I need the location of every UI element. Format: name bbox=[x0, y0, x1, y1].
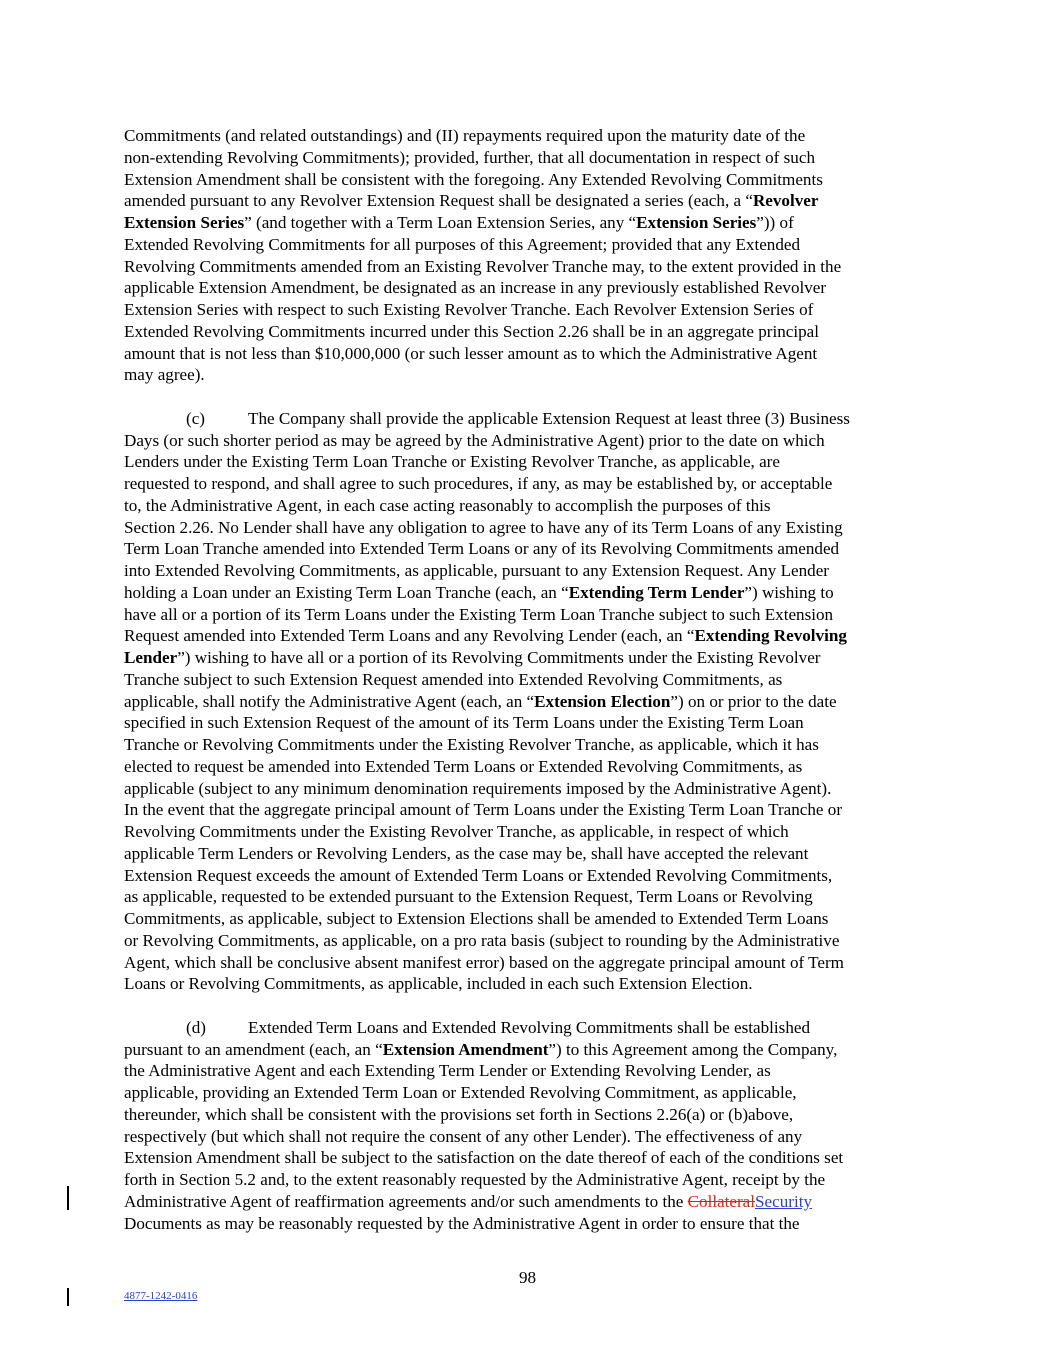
text-run: applicable, providing an Extended Term L… bbox=[124, 1083, 797, 1102]
text-line: into Extended Revolving Commitments, as … bbox=[124, 560, 936, 582]
text-run: Commitments, as applicable, subject to E… bbox=[124, 909, 828, 928]
text-line: Extension Request exceeds the amount of … bbox=[124, 865, 936, 887]
text-line: Extended Revolving Commitments for all p… bbox=[124, 234, 936, 256]
paragraph-continuation: Commitments (and related outstandings) a… bbox=[124, 125, 936, 386]
inserted-text: Security bbox=[755, 1192, 812, 1211]
text-line: to, the Administrative Agent, in each ca… bbox=[124, 495, 936, 517]
text-run: holding a Loan under an Existing Term Lo… bbox=[124, 583, 569, 602]
text-line: Term Loan Tranche amended into Extended … bbox=[124, 538, 936, 560]
text-line: Revolving Commitments under the Existing… bbox=[124, 821, 936, 843]
text-line: respectively (but which shall not requir… bbox=[124, 1126, 936, 1148]
text-run: Agent, which shall be conclusive absent … bbox=[124, 953, 844, 972]
defined-term: Extension Series bbox=[636, 213, 756, 232]
paragraph-section-d: (d)Extended Term Loans and Extended Revo… bbox=[124, 1017, 936, 1235]
text-line: thereunder, which shall be consistent wi… bbox=[124, 1104, 936, 1126]
text-line: elected to request be amended into Exten… bbox=[124, 756, 936, 778]
text-run: Extension Series with respect to such Ex… bbox=[124, 300, 813, 319]
text-line: Extended Revolving Commitments incurred … bbox=[124, 321, 936, 343]
text-line: as applicable, requested to be extended … bbox=[124, 886, 936, 908]
text-line: Extension Series” (and together with a T… bbox=[124, 212, 936, 234]
change-bar-footer bbox=[67, 1288, 69, 1306]
text-line: Tranche or Revolving Commitments under t… bbox=[124, 734, 936, 756]
text-line: In the event that the aggregate principa… bbox=[124, 799, 936, 821]
paragraph-section-c: (c)The Company shall provide the applica… bbox=[124, 408, 936, 995]
text-line: holding a Loan under an Existing Term Lo… bbox=[124, 582, 936, 604]
text-line: Revolving Commitments amended from an Ex… bbox=[124, 256, 936, 278]
text-line: Days (or such shorter period as may be a… bbox=[124, 430, 936, 452]
text-line: Commitments (and related outstandings) a… bbox=[124, 125, 936, 147]
text-run: requested to respond, and shall agree to… bbox=[124, 474, 832, 493]
text-run: forth in Section 5.2 and, to the extent … bbox=[124, 1170, 825, 1189]
text-line: amended pursuant to any Revolver Extensi… bbox=[124, 190, 936, 212]
text-line: (d)Extended Term Loans and Extended Revo… bbox=[124, 1017, 936, 1039]
text-run: ”) wishing to bbox=[744, 583, 833, 602]
text-line: applicable, providing an Extended Term L… bbox=[124, 1082, 936, 1104]
text-line: Extension Amendment shall be consistent … bbox=[124, 169, 936, 191]
text-run: Extension Amendment shall be consistent … bbox=[124, 170, 823, 189]
text-run: applicable Extension Amendment, be desig… bbox=[124, 278, 826, 297]
defined-term: Extension Amendment bbox=[383, 1040, 549, 1059]
deleted-text: Collateral bbox=[688, 1192, 755, 1211]
text-line: the Administrative Agent and each Extend… bbox=[124, 1060, 936, 1082]
text-run: In the event that the aggregate principa… bbox=[124, 800, 842, 819]
text-line: Commitments, as applicable, subject to E… bbox=[124, 908, 936, 930]
text-run: thereunder, which shall be consistent wi… bbox=[124, 1105, 793, 1124]
text-line: amount that is not less than $10,000,000… bbox=[124, 343, 936, 365]
text-run: Revolving Commitments under the Existing… bbox=[124, 822, 789, 841]
text-line: Agent, which shall be conclusive absent … bbox=[124, 952, 936, 974]
text-run: The Company shall provide the applicable… bbox=[248, 409, 850, 428]
defined-term: Revolver bbox=[753, 191, 819, 210]
text-run: Extended Revolving Commitments for all p… bbox=[124, 235, 800, 254]
text-line: pursuant to an amendment (each, an “Exte… bbox=[124, 1039, 936, 1061]
text-run: Request amended into Extended Term Loans… bbox=[124, 626, 694, 645]
text-run: applicable (subject to any minimum denom… bbox=[124, 779, 831, 798]
text-line: applicable (subject to any minimum denom… bbox=[124, 778, 936, 800]
text-run: Revolving Commitments amended from an Ex… bbox=[124, 257, 841, 276]
section-label: (d) bbox=[186, 1017, 248, 1039]
text-run: Section 2.26. No Lender shall have any o… bbox=[124, 518, 843, 537]
text-line: applicable Extension Amendment, be desig… bbox=[124, 277, 936, 299]
text-run: have all or a portion of its Term Loans … bbox=[124, 605, 833, 624]
text-run: applicable Term Lenders or Revolving Len… bbox=[124, 844, 808, 863]
defined-term: Extending Term Lender bbox=[569, 583, 745, 602]
text-line: Lender”) wishing to have all or a portio… bbox=[124, 647, 936, 669]
text-run: Extension Amendment shall be subject to … bbox=[124, 1148, 843, 1167]
text-line: Extension Amendment shall be subject to … bbox=[124, 1147, 936, 1169]
text-run: amount that is not less than $10,000,000… bbox=[124, 344, 817, 363]
text-run: ”) to this Agreement among the Company, bbox=[548, 1040, 837, 1059]
text-run: into Extended Revolving Commitments, as … bbox=[124, 561, 829, 580]
section-label: (c) bbox=[186, 408, 248, 430]
text-run: Extended Revolving Commitments incurred … bbox=[124, 322, 819, 341]
defined-term: Extension Election bbox=[534, 692, 670, 711]
text-run: as applicable, requested to be extended … bbox=[124, 887, 813, 906]
text-run: the Administrative Agent and each Extend… bbox=[124, 1061, 771, 1080]
text-run: respectively (but which shall not requir… bbox=[124, 1127, 802, 1146]
text-run: Loans or Revolving Commitments, as appli… bbox=[124, 974, 753, 993]
text-line: Administrative Agent of reaffirmation ag… bbox=[124, 1191, 936, 1213]
text-line: Documents as may be reasonably requested… bbox=[124, 1213, 936, 1235]
text-run: ”) wishing to have all or a portion of i… bbox=[177, 648, 820, 667]
text-line: forth in Section 5.2 and, to the extent … bbox=[124, 1169, 936, 1191]
text-line: may agree). bbox=[124, 364, 936, 386]
text-run: ”) on or prior to the date bbox=[670, 692, 836, 711]
text-run: ”)) of bbox=[756, 213, 794, 232]
document-body: Commitments (and related outstandings) a… bbox=[124, 125, 936, 1256]
text-run: Lenders under the Existing Term Loan Tra… bbox=[124, 452, 780, 471]
text-line: requested to respond, and shall agree to… bbox=[124, 473, 936, 495]
text-run: Tranche subject to such Extension Reques… bbox=[124, 670, 782, 689]
text-run: applicable, shall notify the Administrat… bbox=[124, 692, 534, 711]
text-line: specified in such Extension Request of t… bbox=[124, 712, 936, 734]
page-number: 98 bbox=[0, 1268, 1055, 1288]
text-run: non-extending Revolving Commitments); pr… bbox=[124, 148, 815, 167]
text-line: or Revolving Commitments, as applicable,… bbox=[124, 930, 936, 952]
text-run: Extended Term Loans and Extended Revolvi… bbox=[248, 1018, 810, 1037]
text-line: applicable Term Lenders or Revolving Len… bbox=[124, 843, 936, 865]
text-line: (c)The Company shall provide the applica… bbox=[124, 408, 936, 430]
text-line: applicable, shall notify the Administrat… bbox=[124, 691, 936, 713]
text-run: Documents as may be reasonably requested… bbox=[124, 1214, 800, 1233]
text-run: Tranche or Revolving Commitments under t… bbox=[124, 735, 819, 754]
text-run: amended pursuant to any Revolver Extensi… bbox=[124, 191, 753, 210]
text-line: Tranche subject to such Extension Reques… bbox=[124, 669, 936, 691]
text-line: have all or a portion of its Term Loans … bbox=[124, 604, 936, 626]
text-line: Extension Series with respect to such Ex… bbox=[124, 299, 936, 321]
text-line: Request amended into Extended Term Loans… bbox=[124, 625, 936, 647]
text-run: may agree). bbox=[124, 365, 205, 384]
defined-term: Extension Series bbox=[124, 213, 244, 232]
text-line: Lenders under the Existing Term Loan Tra… bbox=[124, 451, 936, 473]
change-bar-body bbox=[67, 1186, 69, 1210]
text-run: Term Loan Tranche amended into Extended … bbox=[124, 539, 839, 558]
document-id-link[interactable]: 4877-1242-0416 bbox=[124, 1290, 197, 1302]
text-run: to, the Administrative Agent, in each ca… bbox=[124, 496, 771, 515]
text-run: or Revolving Commitments, as applicable,… bbox=[124, 931, 839, 950]
text-run: Commitments (and related outstandings) a… bbox=[124, 126, 805, 145]
text-run: Administrative Agent of reaffirmation ag… bbox=[124, 1192, 688, 1211]
text-line: non-extending Revolving Commitments); pr… bbox=[124, 147, 936, 169]
defined-term: Extending Revolving bbox=[694, 626, 846, 645]
text-run: elected to request be amended into Exten… bbox=[124, 757, 802, 776]
text-line: Section 2.26. No Lender shall have any o… bbox=[124, 517, 936, 539]
text-run: pursuant to an amendment (each, an “ bbox=[124, 1040, 383, 1059]
text-line: Loans or Revolving Commitments, as appli… bbox=[124, 973, 936, 995]
defined-term: Lender bbox=[124, 648, 177, 667]
text-run: specified in such Extension Request of t… bbox=[124, 713, 804, 732]
text-run: Days (or such shorter period as may be a… bbox=[124, 431, 825, 450]
text-run: Extension Request exceeds the amount of … bbox=[124, 866, 832, 885]
text-run: ” (and together with a Term Loan Extensi… bbox=[244, 213, 636, 232]
